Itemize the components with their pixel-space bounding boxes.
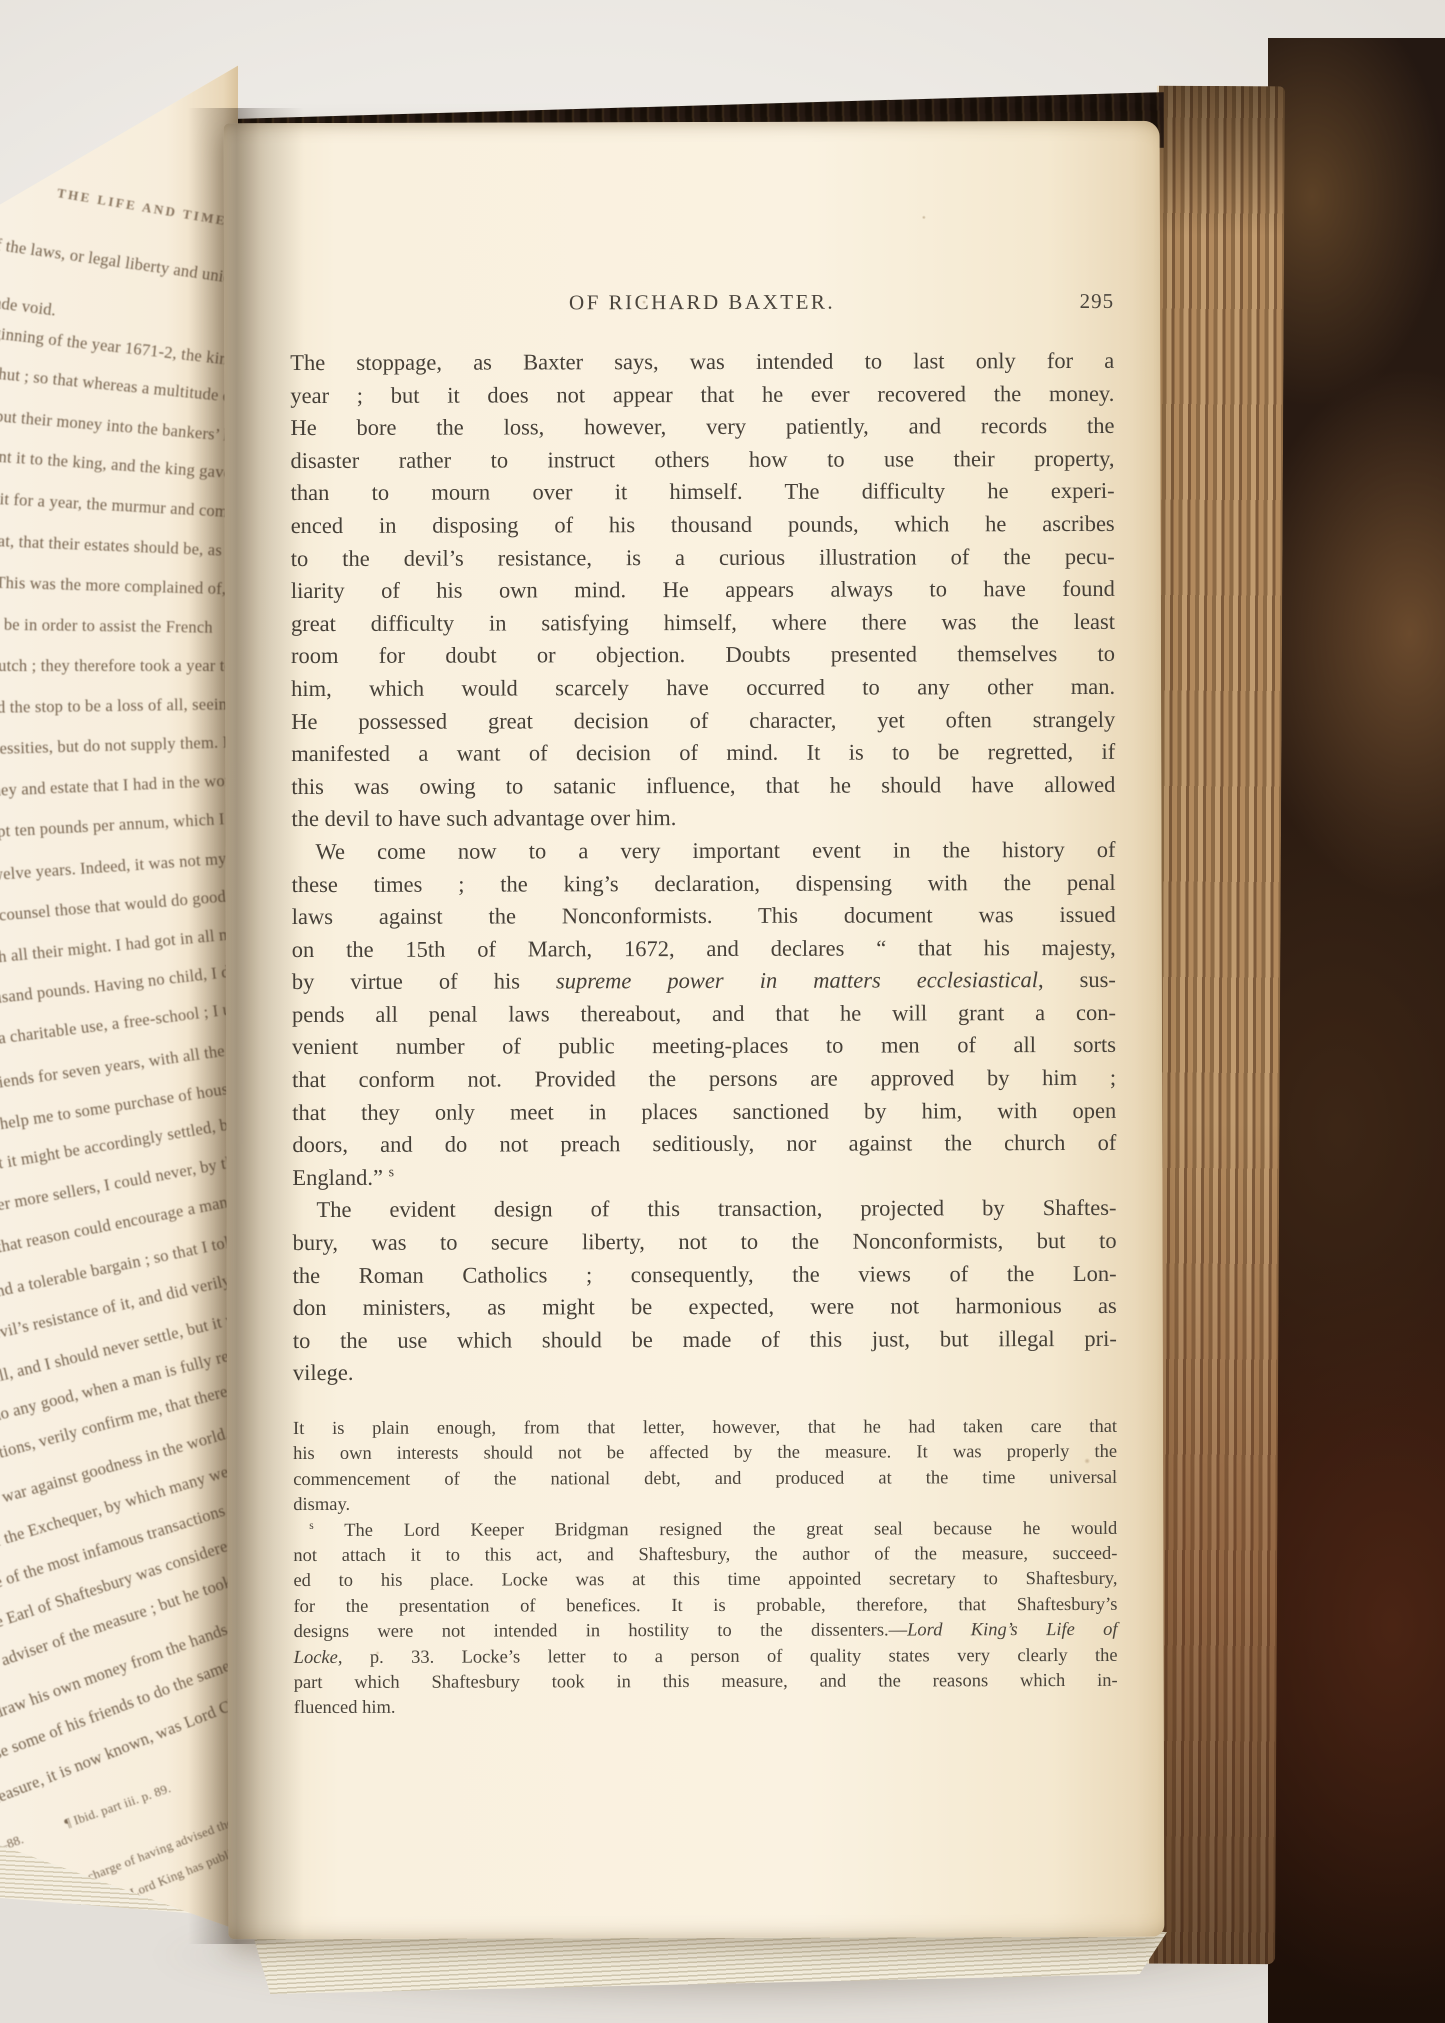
left-running-header: THE LIFE AND TIMES	[56, 185, 238, 231]
text-segment: , p. 33. Locke’s letter to a person of q…	[338, 1646, 1118, 1668]
paragraph: The stoppage, as Baxter says, was intend…	[290, 345, 1115, 836]
footnote-paragraph: It is plain enough, from that letter, ho…	[293, 1415, 1117, 1519]
footnote-line: dismay.	[293, 1491, 1117, 1519]
footnote-line: s The Lord Keeper Bridgman resigned the …	[293, 1517, 1117, 1545]
text-line: He bore the loss, however, very patientl…	[290, 410, 1114, 445]
running-header: OF RICHARD BAXTER. 295	[290, 289, 1114, 319]
footnotes: It is plain enough, from that letter, ho…	[293, 1415, 1118, 1722]
text-line: these times ; the king’s declaration, di…	[292, 866, 1116, 901]
footnote-line: for the presentation of benefices. It is…	[293, 1593, 1117, 1621]
left-page-line: ed. This was the more complained of, bec	[0, 572, 254, 600]
left-page-line: and the stop to be a loss of all, seeing…	[0, 694, 256, 718]
text-segment: The Lord Keeper Bridgman resigned the gr…	[314, 1519, 1118, 1541]
text-line: enced in disposing of his thousand pound…	[291, 508, 1115, 543]
text-line: doors, and do not preach seditiously, no…	[292, 1127, 1116, 1162]
left-page-line: made void.	[0, 291, 57, 320]
text-line: great difficulty in satisfying himself, …	[291, 606, 1115, 641]
text-line: The evident design of this transaction, …	[292, 1192, 1116, 1227]
text-line: him, which would scarcely have occurred …	[291, 671, 1115, 706]
text-line: to the use which should be made of this …	[293, 1323, 1117, 1358]
text-line: on the 15th of March, 1672, and declares…	[292, 932, 1116, 967]
text-line: We come now to a very important event in…	[291, 834, 1115, 869]
footnote-line: It is plain enough, from that letter, ho…	[293, 1415, 1117, 1443]
text-segment: by virtue of his	[292, 969, 556, 995]
text-line: manifested a want of decision of mind. I…	[291, 736, 1115, 771]
text-line: than to mourn over it himself. The diffi…	[291, 475, 1115, 510]
text-line: He possessed great decision of character…	[291, 703, 1115, 738]
footnote-line: Locke, p. 33. Locke’s letter to a person…	[294, 1644, 1118, 1672]
text-line: to the devil’s resistance, is a curious …	[291, 540, 1115, 575]
book-fore-edge	[1147, 86, 1285, 1965]
left-page-line: great, that their estates should be, as …	[0, 530, 247, 561]
left-page-line: necessities, but do not supply them. I	[0, 732, 229, 759]
footnote-line: his own interests should not be affected…	[293, 1440, 1117, 1468]
text-segment: supreme power in matters ecclesiastical	[556, 967, 1038, 993]
left-page-line: to counsel those that would do good, w	[0, 885, 247, 927]
text-line: pends all penal laws thereabout, and tha…	[292, 997, 1116, 1032]
left-page-line: Dutch ; they therefore took a year to be	[0, 656, 253, 676]
left-page-line: except ten pounds per annum, which I g	[0, 808, 238, 843]
left-page-line: of it for a year, the murmur and complai…	[0, 488, 262, 524]
text-line: that they only meet in places sanctioned…	[292, 1095, 1116, 1130]
right-page: OF RICHARD BAXTER. 295 The stoppage, as …	[224, 121, 1165, 1939]
left-page-line: with all their might. I had got in all m…	[0, 923, 250, 970]
text-line: laws against the Nonconformists. This do…	[292, 899, 1116, 934]
footnote-line: designs were not intended in hostility t…	[294, 1618, 1118, 1646]
text-segment: England.”	[292, 1165, 388, 1190]
text-line: The stoppage, as Baxter says, was intend…	[290, 345, 1114, 380]
footnote-line: commencement of the national debt, and p…	[293, 1466, 1117, 1494]
left-page-line: ed to be in order to assist the French	[0, 614, 213, 637]
text-line: bury, was to secure liberty, not to the …	[293, 1225, 1117, 1260]
text-line: room for doubt or objection. Doubts pres…	[291, 638, 1115, 673]
left-page-line: had put their money into the bankers’ ha…	[0, 404, 257, 448]
text-line: the devil to have such advantage over hi…	[291, 801, 1115, 836]
text-line: venient number of public meeting-places …	[292, 1029, 1116, 1064]
text-line: this was owing to satanic influence, tha…	[291, 769, 1115, 804]
left-page-line: beginning of the year 1671-2, the king	[0, 322, 237, 371]
running-header-title: OF RICHARD BAXTER.	[290, 289, 1114, 316]
text-line: the Roman Catholics ; consequently, the …	[293, 1258, 1117, 1293]
text-line: by virtue of his supreme power in matter…	[292, 964, 1116, 999]
text-line: liarity of his own mind. He appears alwa…	[291, 573, 1115, 608]
left-page: THE LIFE AND TIMES of the laws, or legal…	[0, 0, 238, 1930]
text-line: year ; but it does not appear that he ev…	[290, 377, 1114, 412]
text-line: that conform not. Provided the persons a…	[292, 1062, 1116, 1097]
text-segment: Locke	[294, 1648, 338, 1668]
text-segment: Lord King’s Life of	[907, 1620, 1117, 1641]
book-photo: THE LIFE AND TIMES of the laws, or legal…	[0, 0, 1445, 2023]
footnote-line: fluenced him.	[294, 1694, 1118, 1722]
text-segment: , sus-	[1038, 967, 1116, 992]
footnote-line: not attach it to this act, and Shaftesbu…	[293, 1542, 1117, 1570]
text-line: don ministers, as might be expected, wer…	[293, 1290, 1117, 1325]
footnote-line: part which Shaftesbury took in this meas…	[294, 1669, 1118, 1697]
left-page-line: twelve years. Indeed, it was not my own	[0, 846, 260, 885]
paragraph: The evident design of this transaction, …	[292, 1192, 1117, 1390]
left-page-footnote-line: ¶ Ibid. part iii. p. 89.	[62, 1780, 173, 1831]
left-page-line: money and estate that I had in the world	[0, 770, 244, 801]
paragraph: We come now to a very important event in…	[291, 834, 1116, 1195]
book-cover	[1268, 38, 1445, 2023]
text-line: England.” s	[292, 1160, 1116, 1195]
page-number: 295	[1080, 289, 1115, 314]
page-body: The stoppage, as Baxter says, was intend…	[290, 345, 1117, 1390]
footnote-paragraph: s The Lord Keeper Bridgman resigned the …	[293, 1517, 1118, 1722]
text-line: vilege.	[293, 1355, 1117, 1390]
footnote-line: ed to his place. Locke was at this time …	[293, 1567, 1117, 1595]
text-line: disaster rather to instruct others how t…	[290, 443, 1114, 478]
footnote-marker: s	[389, 1165, 394, 1180]
text-segment: designs were not intended in hostility t…	[294, 1621, 908, 1643]
